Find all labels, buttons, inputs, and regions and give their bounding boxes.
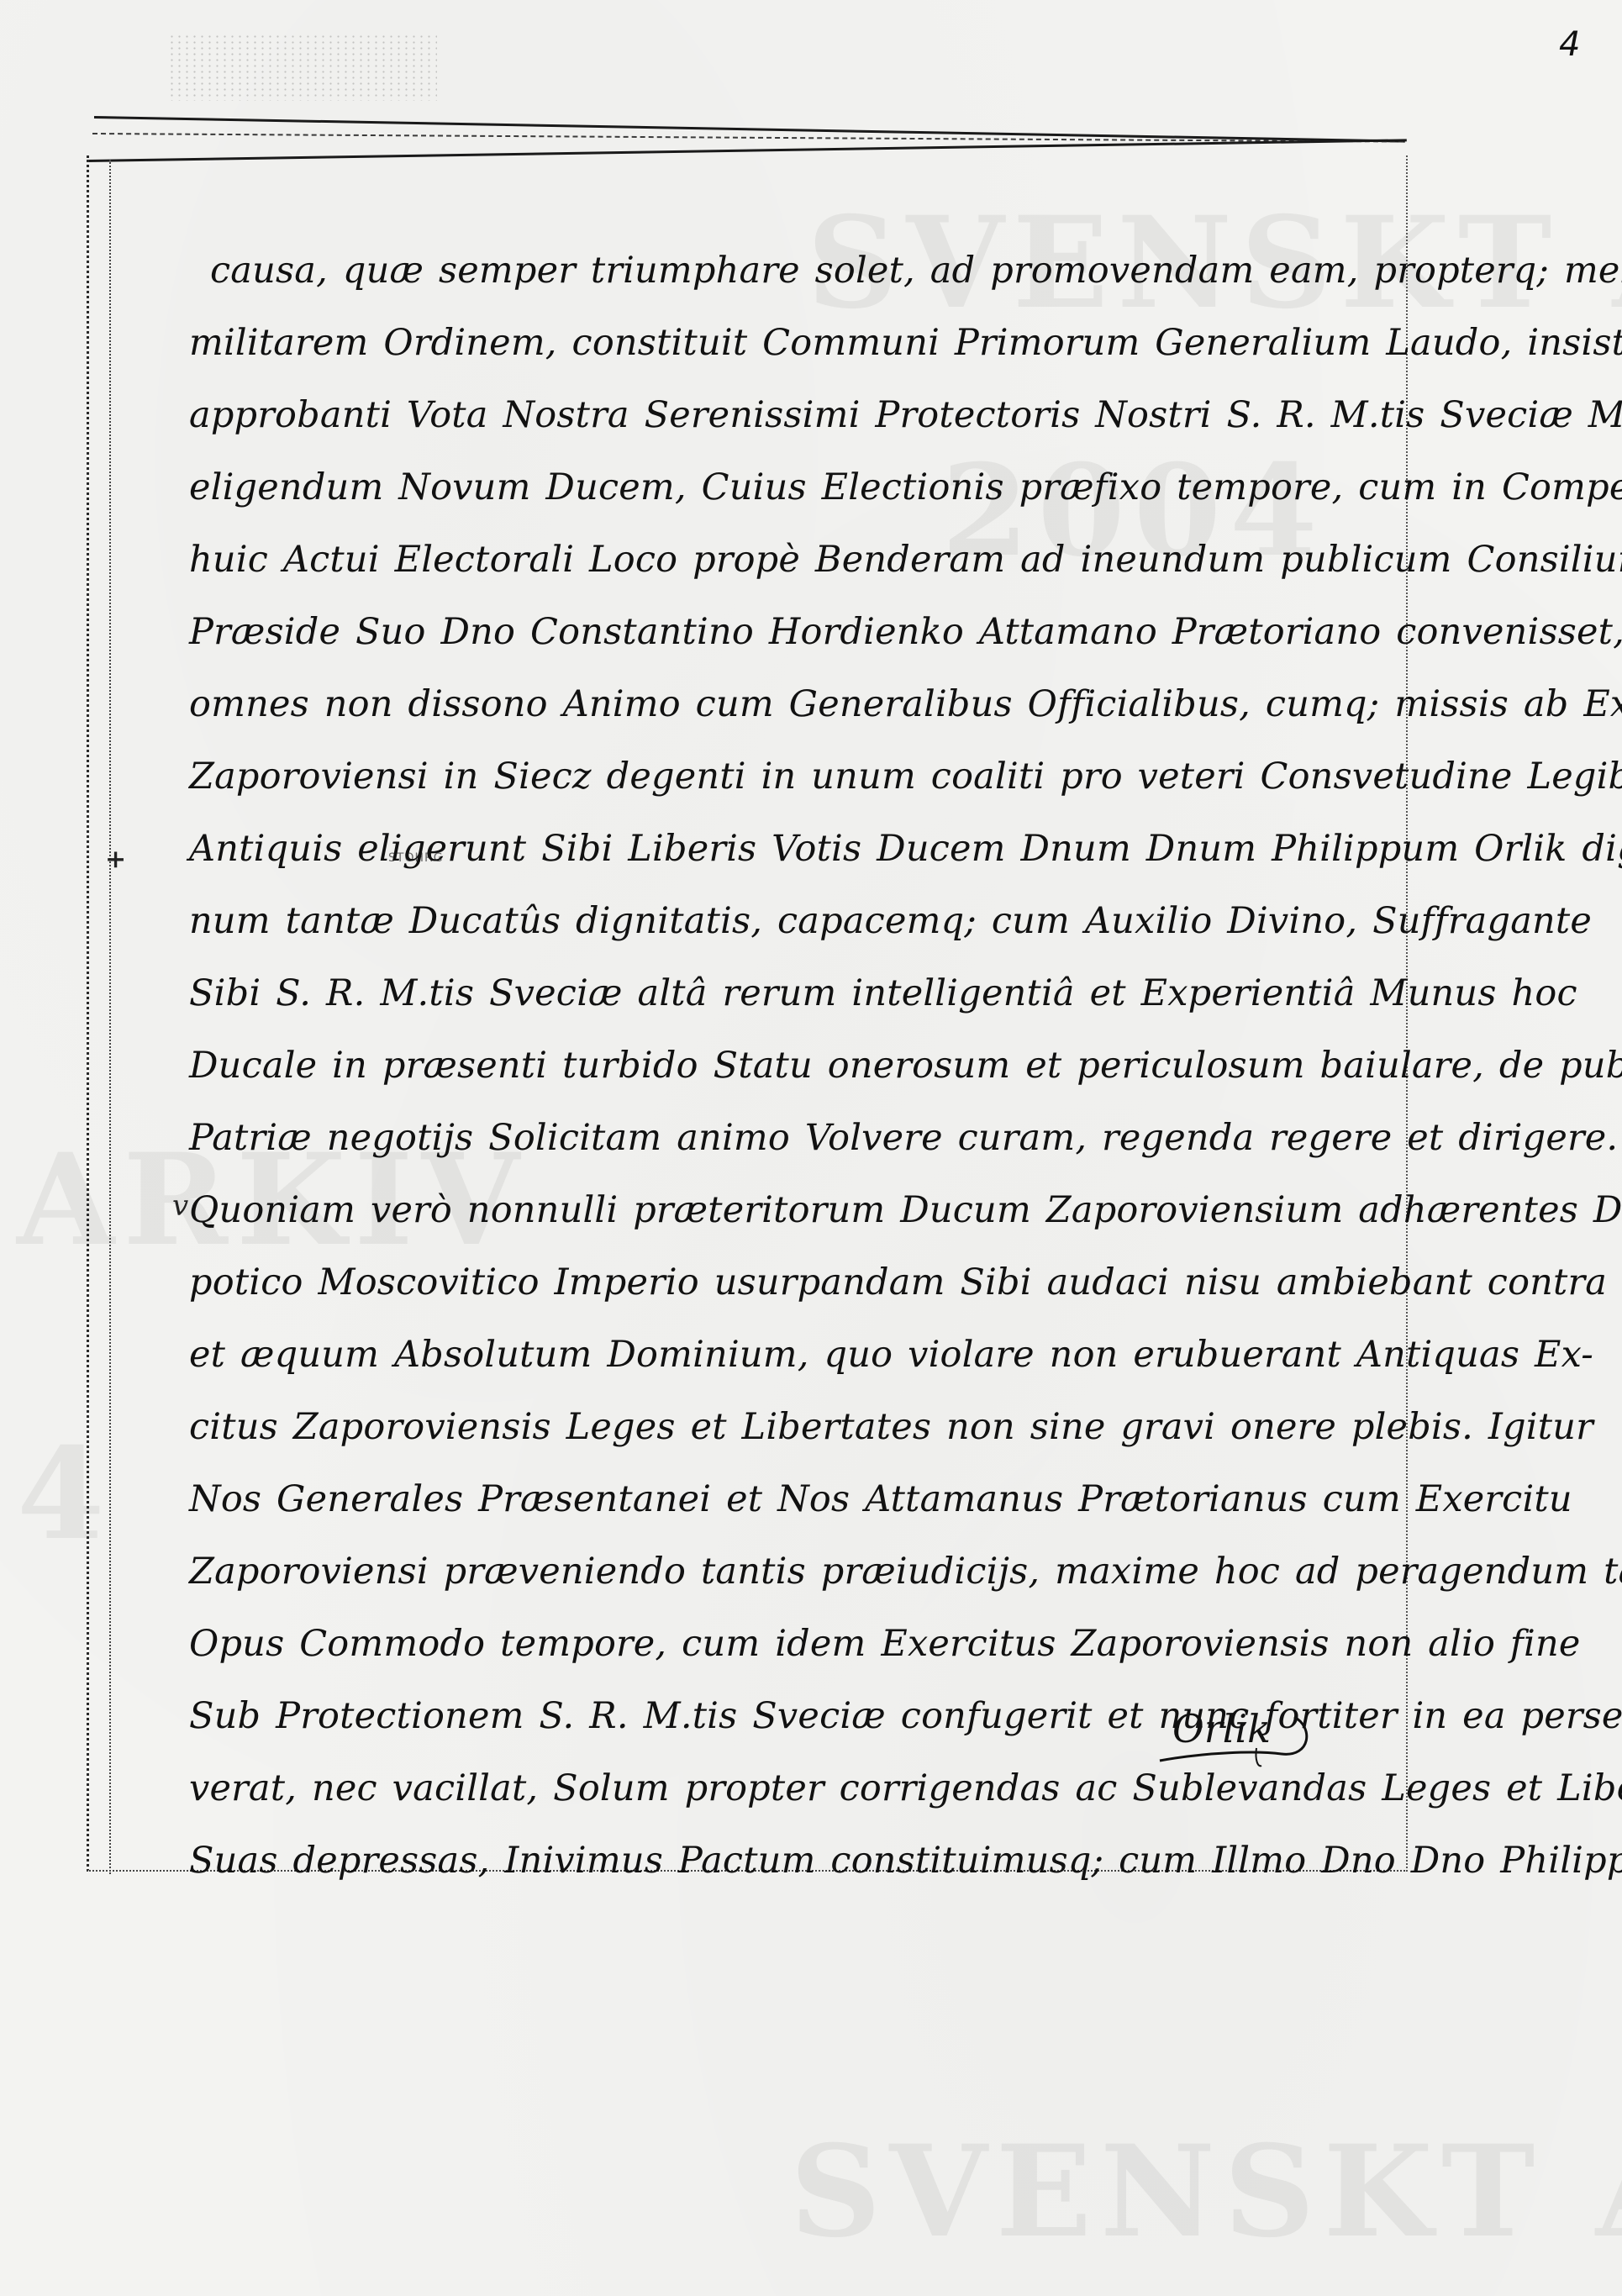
- manuscript-line: et æquum Absolutum Dominium, quo violare…: [189, 1336, 1403, 1409]
- manuscript-line: Zaporoviensi in Siecz degenti in unum co…: [189, 758, 1403, 830]
- manuscript-line: Opus Commodo tempore, cum idem Exercitus…: [189, 1625, 1403, 1698]
- scan-noise-smudge: [168, 34, 437, 101]
- manuscript-line: Nos Generales Præsentanei et Nos Attaman…: [189, 1481, 1403, 1553]
- manuscript-line: num tantæ Ducatûs dignitatis, capacemq; …: [189, 903, 1403, 975]
- manuscript-line: approbanti Vota Nostra Serenissimi Prote…: [189, 397, 1403, 469]
- margin-bracket-mark: +: [105, 845, 126, 874]
- manuscript-line: militarem Ordinem, constituit Communi Pr…: [189, 324, 1403, 397]
- manuscript-line: citus Zaporoviensis Leges et Libertates …: [189, 1409, 1403, 1481]
- manuscript-line: potico Moscovitico Imperio usurpandam Si…: [189, 1264, 1403, 1336]
- manuscript-line: omnes non dissono Animo cum Generalibus …: [189, 686, 1403, 758]
- manuscript-line: verat, nec vacillat, Solum propter corri…: [189, 1770, 1403, 1842]
- page-number: 4: [1559, 25, 1580, 64]
- manuscript-line: huic Actui Electorali Loco propè Bendera…: [189, 541, 1403, 613]
- manuscript-line: causa, quæ semper triumphare solet, ad p…: [210, 252, 1403, 324]
- manuscript-line: Zaporoviensi præveniendo tantis præiudic…: [189, 1553, 1403, 1625]
- manuscript-line: Præside Suo Dno Constantino Hordienko At…: [189, 613, 1403, 686]
- manuscript-line: eligendum Novum Ducem, Cuius Electionis …: [189, 469, 1403, 541]
- manuscript-line: Suas depressas, Inivimus Pactum constitu…: [189, 1842, 1403, 1914]
- margin-v-mark: v: [172, 1189, 188, 1223]
- manuscript-line: Antiquis eligerunt Sibi Liberis Votis Du…: [189, 830, 1403, 903]
- sheet-margin-line: [109, 160, 111, 1874]
- manuscript-line: Ducale in præsenti turbido Statu onerosu…: [189, 1047, 1403, 1119]
- manuscript-line: Sibi S. R. M.tis Sveciæ altâ rerum intel…: [189, 975, 1403, 1047]
- manuscript-body: causa, quæ semper triumphare solet, ad p…: [189, 252, 1403, 1914]
- manuscript-line: Patriæ negotijs Solicitam animo Volvere …: [189, 1119, 1403, 1192]
- signature-flourish-icon: [1156, 1710, 1315, 1769]
- manuscript-line: Quoniam verò nonnulli præteritorum Ducum…: [189, 1192, 1403, 1264]
